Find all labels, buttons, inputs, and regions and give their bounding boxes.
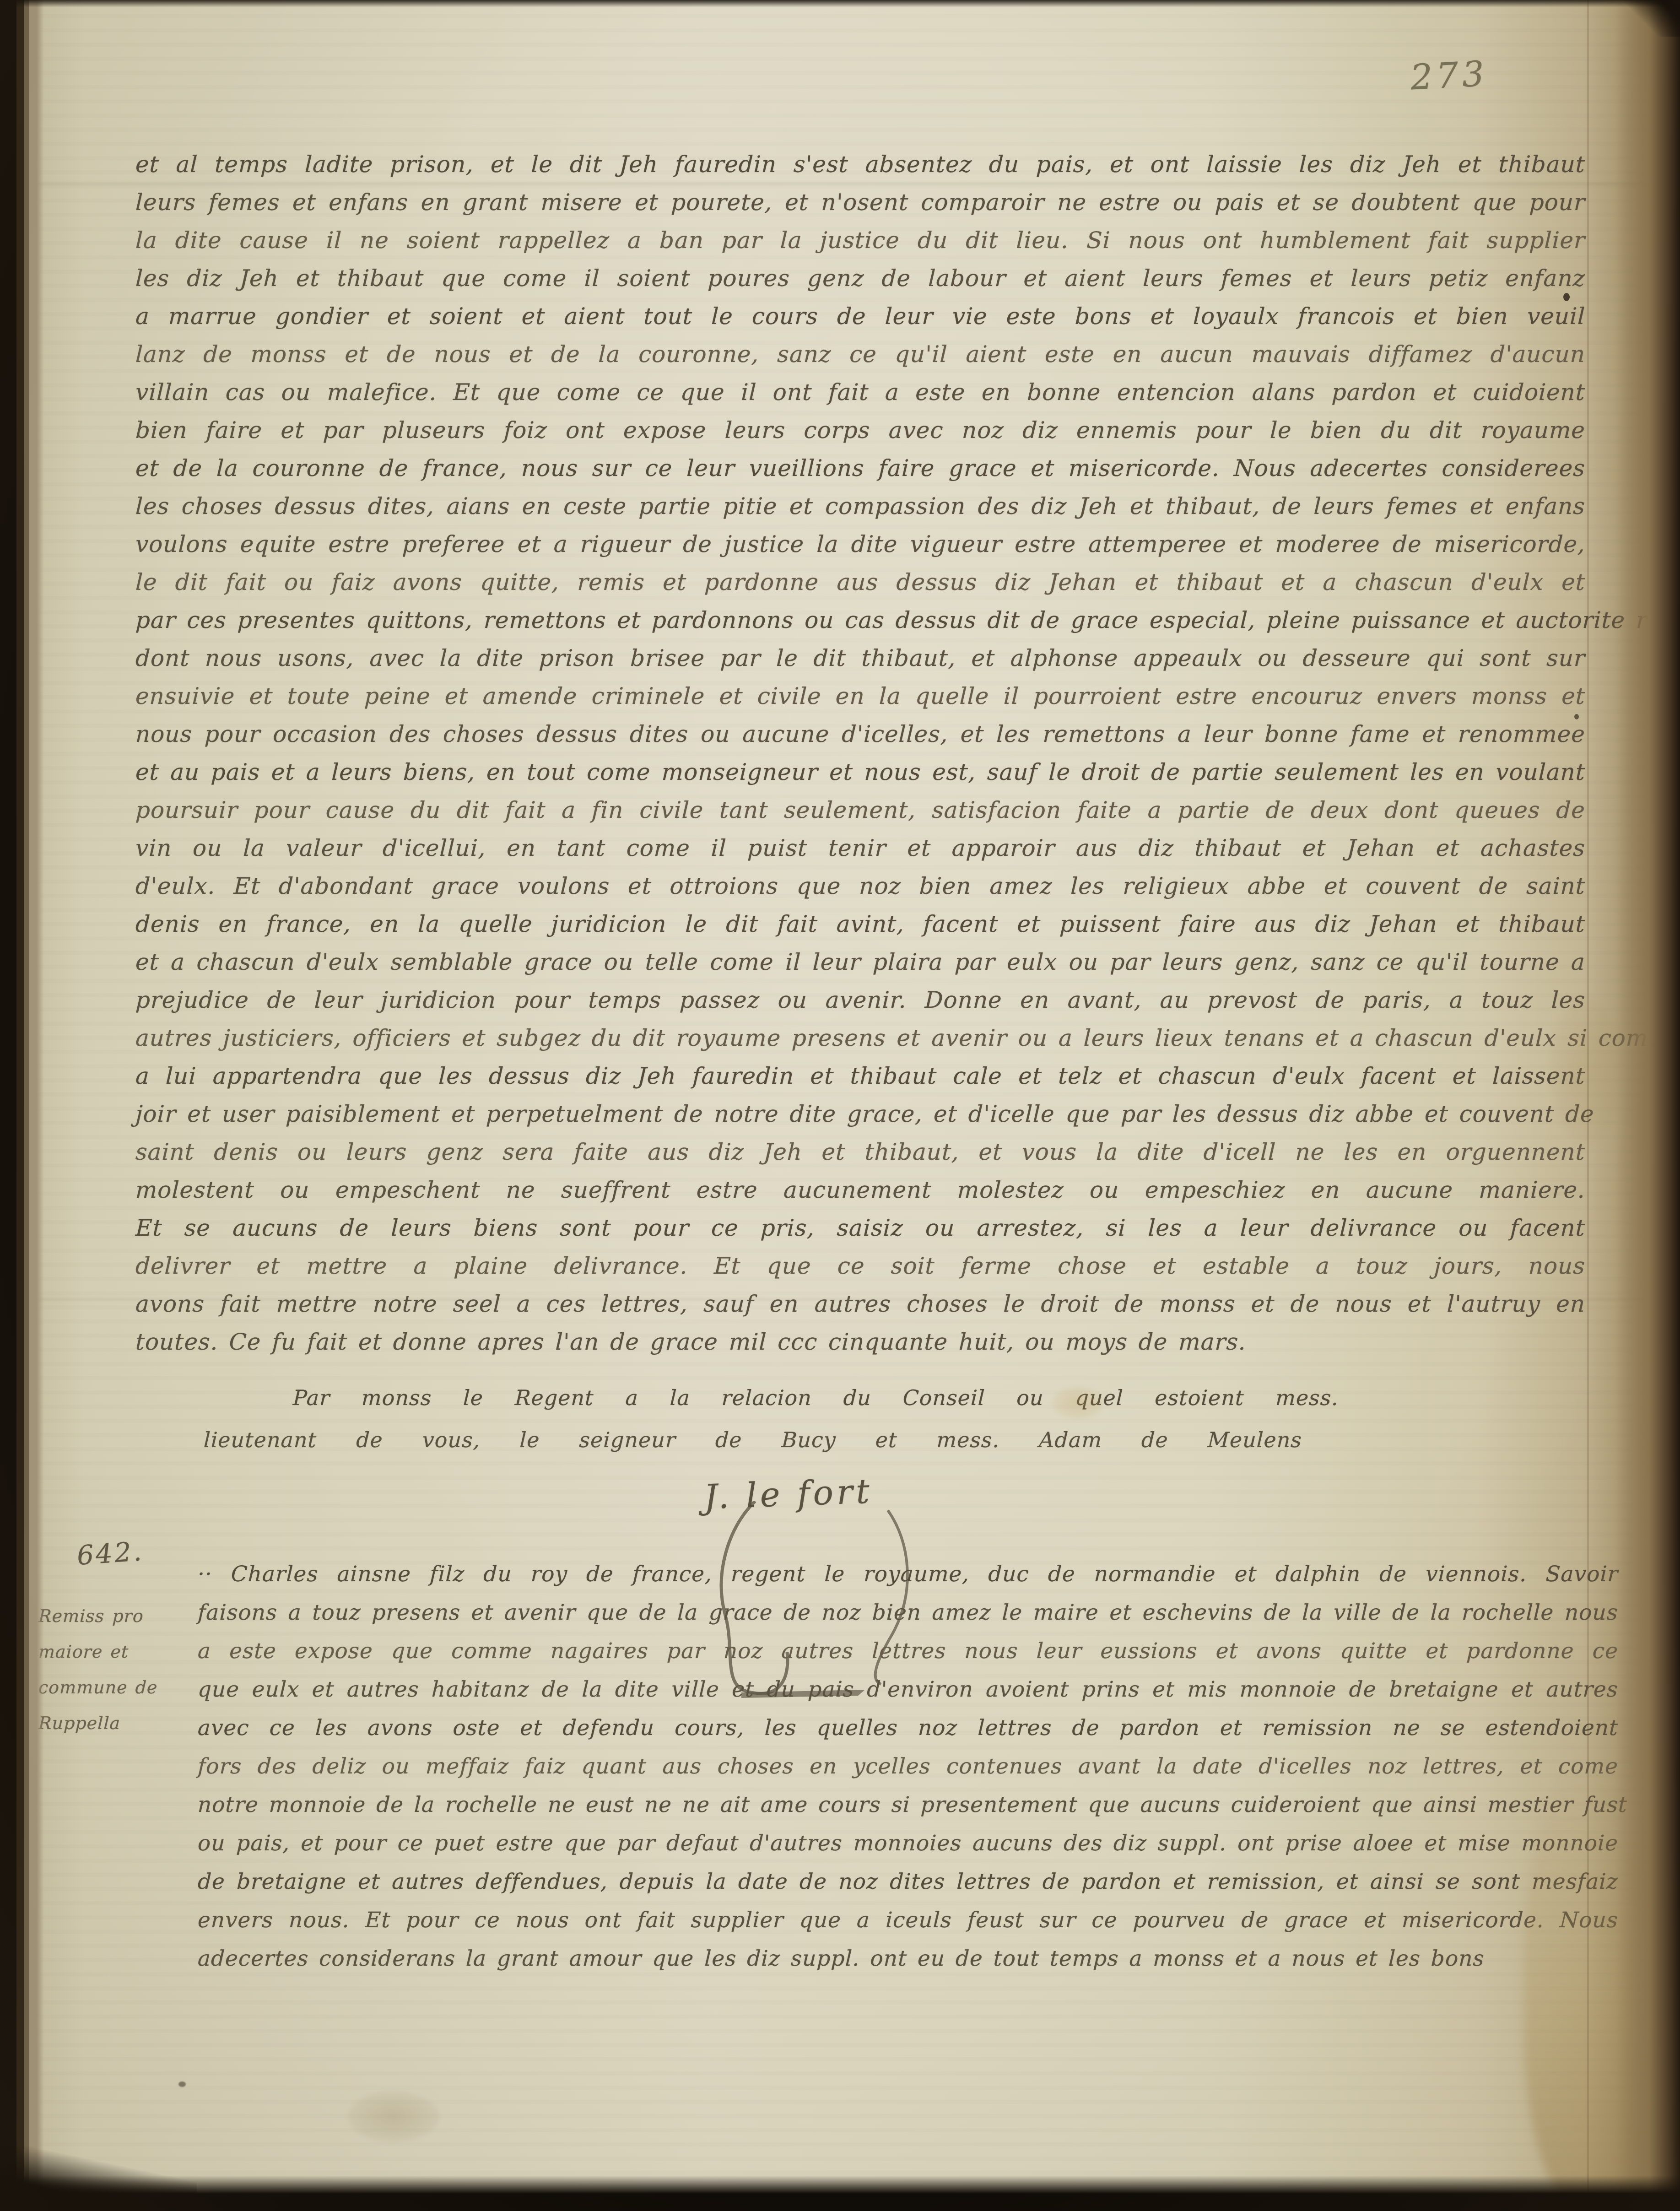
text-line: commune de — [38, 1670, 177, 1705]
text-line: villain cas ou malefice. Et que come ce … — [135, 373, 1586, 411]
text-line: lanz de monss et de nous et de la couron… — [135, 335, 1586, 373]
text-line: saint denis ou leurs genz sera faite aus… — [135, 1133, 1586, 1171]
book-top-edge — [0, 0, 1680, 7]
text-line: ou pais, et pour ce puet estre que par d… — [197, 1824, 1619, 1863]
text-line: nous pour occasion des choses dessus dit… — [135, 715, 1586, 753]
text-line: toutes. Ce fu fait et donne apres l'an d… — [135, 1323, 1586, 1361]
text-line: le dit fait ou faiz avons quitte, remis … — [135, 563, 1586, 601]
text-line: vin ou la valeur d'icellui, en tant come… — [135, 829, 1586, 867]
text-line: fors des deliz ou meffaiz faiz quant aus… — [197, 1747, 1619, 1786]
text-line: Remiss pro — [38, 1598, 177, 1634]
text-line: denis en france, en la quelle juridicion… — [135, 905, 1586, 943]
text-line: dont nous usons, avec la dite prison bri… — [135, 639, 1586, 677]
text-line: Ruppella — [38, 1705, 177, 1741]
text-line: et al temps ladite prison, et le dit Jeh… — [135, 146, 1586, 184]
text-line: Et se aucuns de leurs biens sont pour ce… — [135, 1209, 1586, 1247]
ink-speck — [178, 2081, 186, 2087]
book-bottom-corner — [0, 2138, 197, 2211]
text-line: leurs femes et enfans en grant misere et… — [135, 184, 1586, 222]
text-line: poursuir pour cause du dit fait a fin ci… — [135, 791, 1586, 829]
text-line: bien faire et par pluseurs foiz ont expo… — [135, 411, 1586, 449]
letter-text-block-1: et al temps ladite prison, et le dit Jeh… — [135, 146, 1585, 1361]
text-line: ensuivie et toute peine et amende crimin… — [135, 677, 1586, 715]
book-top-right-corner — [1611, 0, 1680, 37]
margin-item-number: 642. — [76, 1535, 145, 1571]
text-line: les diz Jeh et thibaut que come il soien… — [135, 259, 1586, 297]
text-line: la dite cause il ne soient rappellez a b… — [135, 222, 1586, 259]
text-line: de bretaigne et autres deffendues, depui… — [197, 1863, 1619, 1901]
text-line: voulons equite estre preferee et a rigue… — [135, 525, 1586, 563]
text-line: a lui appartendra que les dessus diz Jeh… — [135, 1057, 1586, 1095]
text-line: envers nous. Et pour ce nous ont fait su… — [197, 1901, 1619, 1940]
text-line: prejudice de leur juridicion pour temps … — [135, 981, 1586, 1019]
text-line: Par monss le Regent a la relacion du Con… — [292, 1377, 1339, 1419]
text-line: autres justiciers, officiers et subgez d… — [135, 1019, 1586, 1057]
letter-text-block-2: ·· Charles ainsne filz du roy de france,… — [198, 1555, 1618, 1978]
text-line: maiore et — [38, 1634, 177, 1670]
book-gutter — [0, 0, 44, 2211]
text-line: avec ce les avons oste et defendu cours,… — [197, 1709, 1619, 1747]
text-line: et de la couronne de france, nous sur ce… — [135, 449, 1586, 487]
text-line: et a chascun d'eulx semblable grace ou t… — [135, 943, 1586, 981]
text-line: a este expose que comme nagaires par noz… — [197, 1632, 1619, 1670]
text-line: delivrer et mettre a plaine delivrance. … — [135, 1247, 1586, 1285]
text-line: par ces presentes quittons, remettons et… — [135, 601, 1586, 639]
text-line: d'eulx. Et d'abondant grace voulons et o… — [135, 867, 1586, 905]
text-line: et au pais et a leurs biens, en tout com… — [135, 753, 1586, 791]
water-stain — [348, 2092, 439, 2142]
manuscript-page: 273 et al temps ladite prison, et le dit… — [0, 0, 1680, 2211]
text-line: adecertes considerans la grant amour que… — [197, 1940, 1619, 1978]
page-right-edge — [1584, 0, 1680, 2211]
text-line: faisons a touz presens et avenir que de … — [197, 1594, 1619, 1632]
text-line: lieutenant de vous, le seigneur de Bucy … — [203, 1419, 1302, 1461]
book-bottom-edge — [0, 2175, 1680, 2211]
text-line: les choses dessus dites, aians en ceste … — [135, 487, 1586, 525]
text-line: notre monnoie de la rochelle ne eust ne … — [197, 1786, 1619, 1824]
page-edge-crease — [1587, 0, 1589, 2211]
folio-number: 273 — [1410, 53, 1489, 98]
text-line: ·· Charles ainsne filz du roy de france,… — [197, 1555, 1619, 1594]
text-line: molestent ou empeschent ne sueffrent est… — [135, 1171, 1586, 1209]
text-line: avons fait mettre notre seel a ces lettr… — [135, 1285, 1586, 1323]
text-line: que eulx et autres habitanz de la dite v… — [197, 1670, 1619, 1709]
text-line: joir et user paisiblement et perpetuelme… — [135, 1095, 1586, 1133]
text-line: a marrue gondier et soient et aient tout… — [135, 297, 1586, 335]
margin-rubric: Remiss promaiore etcommune deRuppella — [38, 1598, 176, 1741]
chancery-registration-note: Par monss le Regent a la relacion du Con… — [204, 1377, 1339, 1461]
